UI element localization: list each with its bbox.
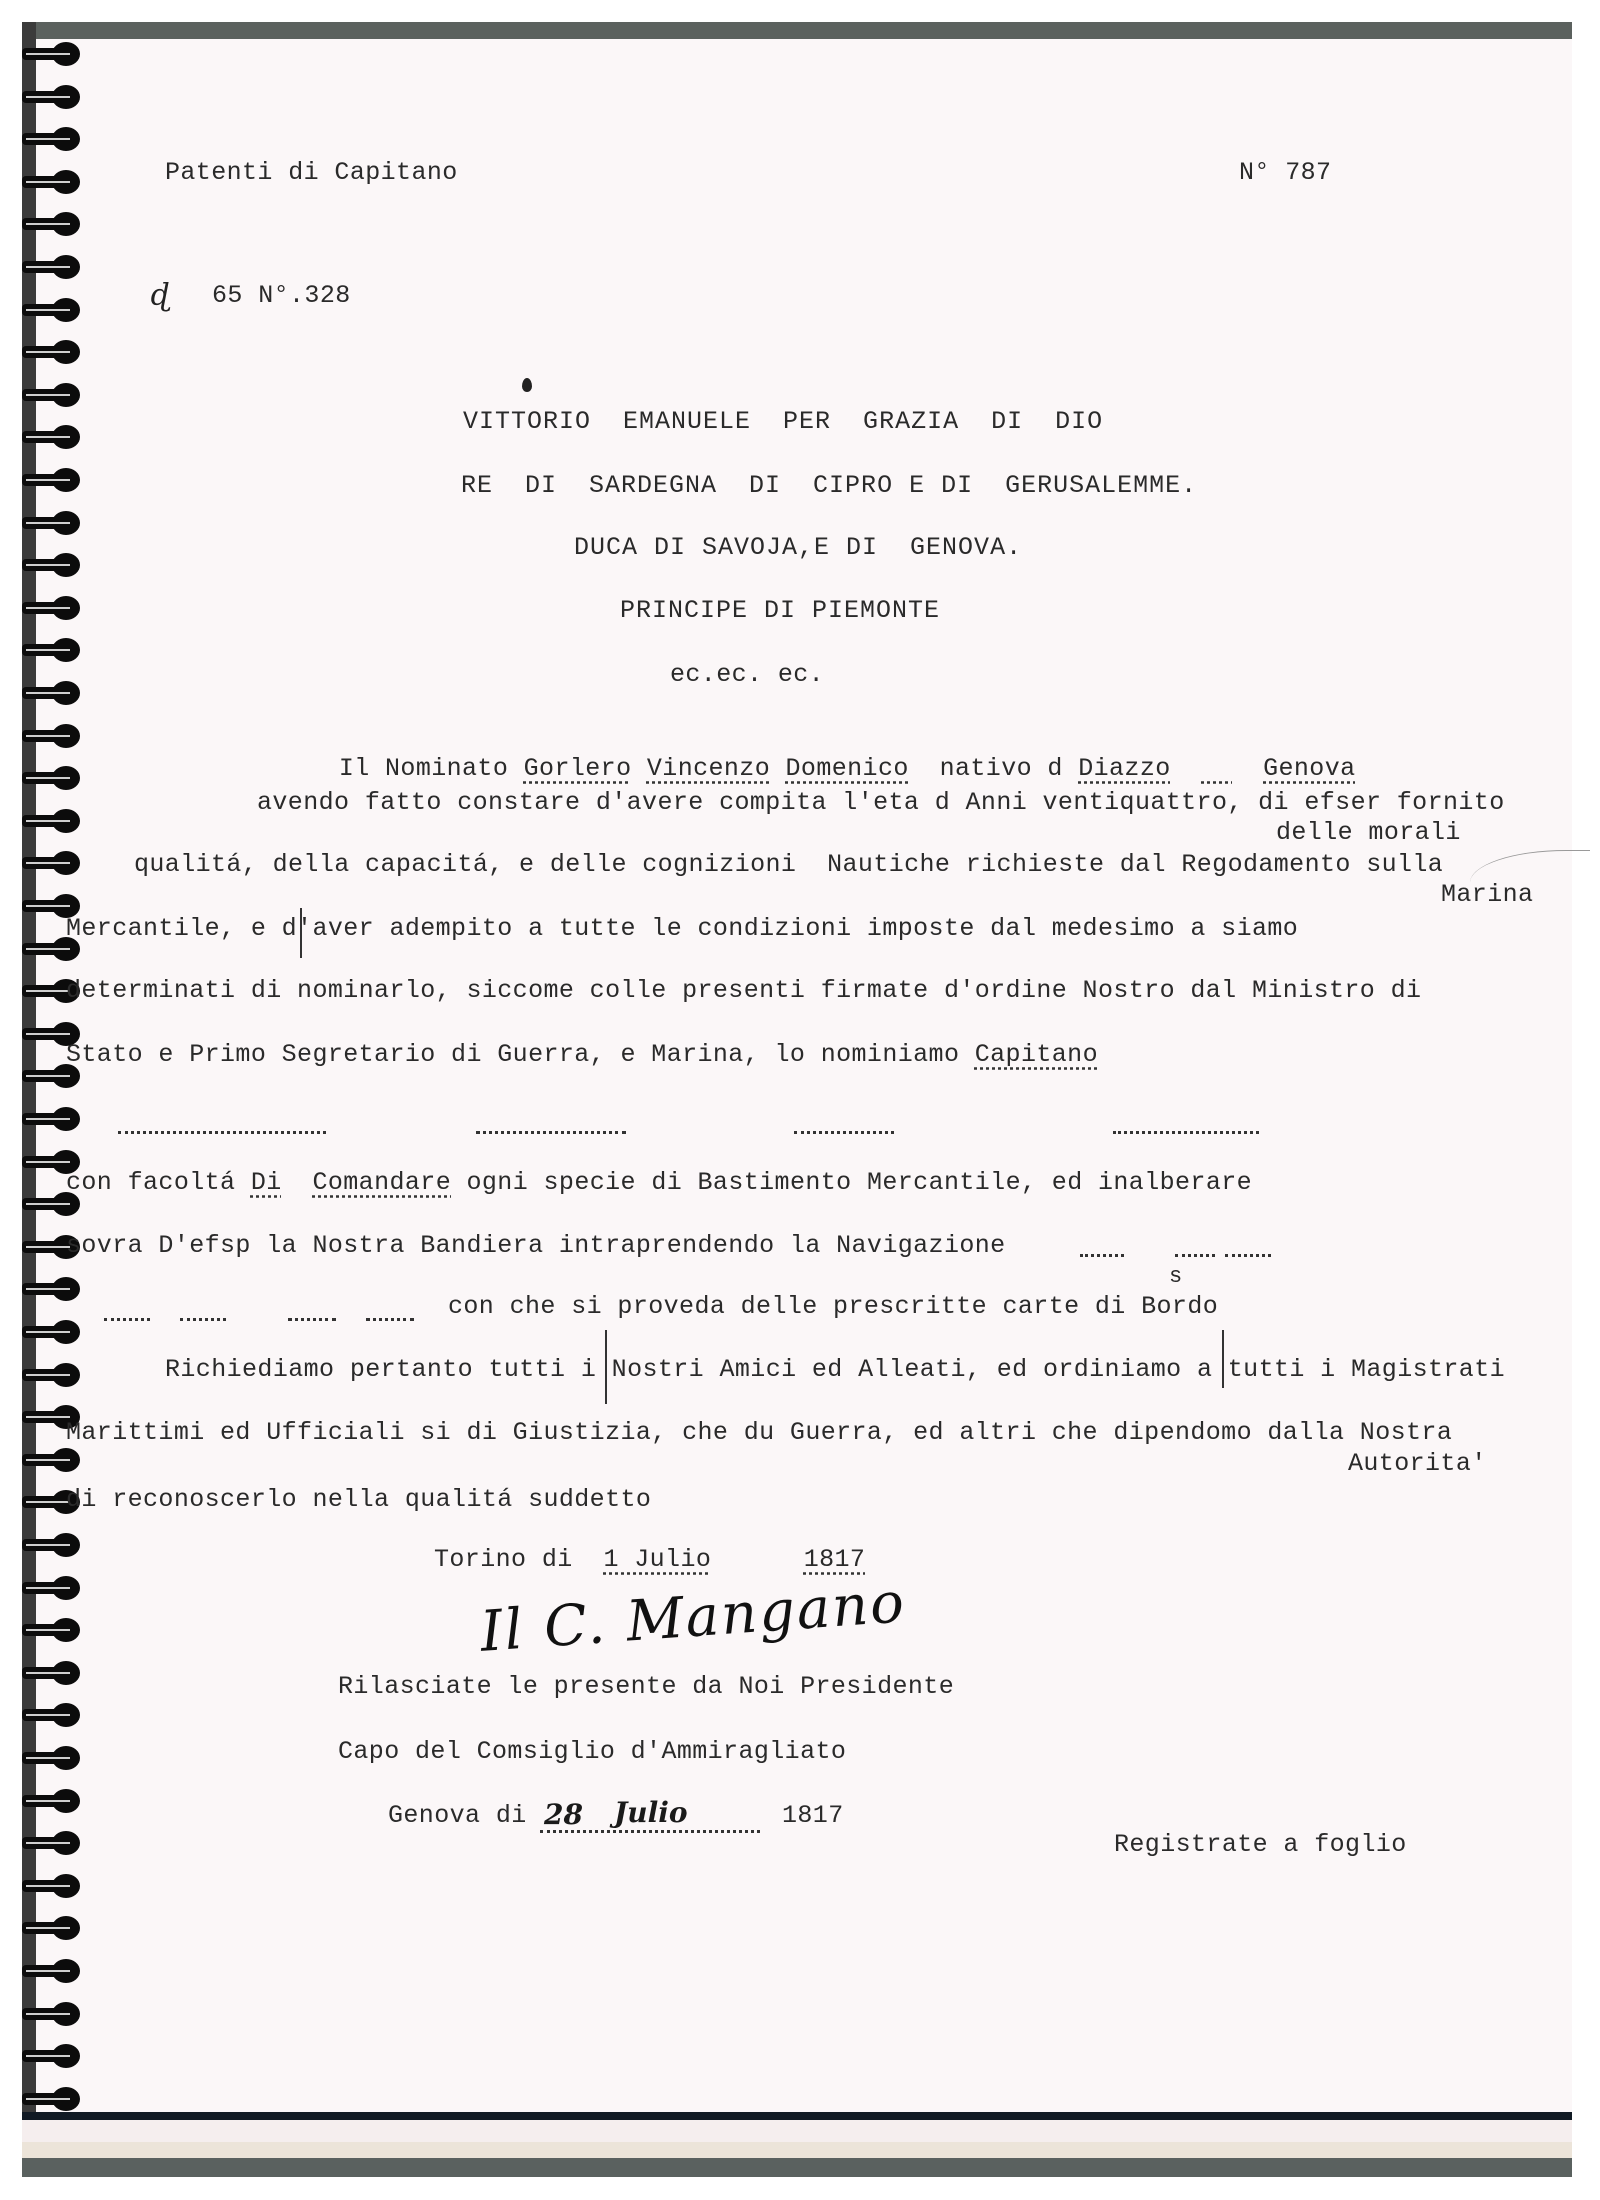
title-line: VITTORIO EMANUELE PER GRAZIA DI DIO [463, 407, 1103, 437]
registration-year: 1817 [782, 1801, 844, 1831]
body-line: avendo fatto constare d'avere compita l'… [257, 788, 1505, 818]
spiral-coil-icon [22, 1659, 76, 1685]
nominee-line: Il Nominato Gorlero Vincenzo Domenico na… [308, 724, 1356, 784]
spiral-coil-icon [22, 1318, 76, 1344]
nominee-birthplace: Diazzo [1078, 754, 1170, 783]
body-line: qualitá, della capacitá, e delle cognizi… [134, 850, 1443, 880]
registration-month: Julio [614, 1796, 688, 1829]
nominee-surname: Gorlero [524, 754, 632, 783]
blank-field [1201, 754, 1232, 783]
body-line: Stato e Primo Segretario di Guerra, e Ma… [66, 1040, 1098, 1070]
faculty-command: Comandare [312, 1168, 451, 1197]
spiral-coil-icon [22, 551, 76, 577]
spiral-coil-icon [22, 722, 76, 748]
faculty-di: Di [251, 1168, 282, 1197]
faculty-rest: ogni specie di Bastimento Mercantile, ed… [451, 1168, 1252, 1197]
page-stack [22, 2142, 1572, 2158]
request-line: Marittimi ed Ufficiali si di Giustizia, … [66, 1418, 1452, 1448]
issued-line: Capo del Comsiglio d'Ammiragliato [338, 1737, 846, 1767]
spiral-coil-icon [22, 338, 76, 364]
rank-title: Capitano [975, 1040, 1098, 1069]
request-line: di reconoscerlo nella qualitá suddetto [66, 1485, 651, 1515]
page-bottom-edge [22, 2112, 1572, 2120]
spiral-coil-icon [22, 1361, 76, 1387]
spiral-coil-icon [22, 849, 76, 875]
page-stack [22, 2120, 1572, 2143]
spiral-coil-icon [22, 253, 76, 279]
spiral-coil-icon [22, 423, 76, 449]
blank-field [180, 1318, 226, 1324]
spiral-coil-icon [22, 1446, 76, 1472]
spiral-coil-icon [22, 1787, 76, 1813]
blank-field [104, 1318, 150, 1324]
scan-background-bottom [22, 2158, 1572, 2177]
spiral-coil-icon [22, 679, 76, 705]
issue-day-month: 1 Julio [603, 1545, 711, 1574]
body-line: determinati di nominarlo, siccome colle … [66, 976, 1421, 1006]
spiral-coil-icon [22, 2000, 76, 2026]
spiral-coil-icon [22, 1105, 76, 1131]
nominee-first-name: Vincenzo [647, 754, 770, 783]
spiral-coil-icon [22, 210, 76, 236]
spiral-coil-icon [22, 381, 76, 407]
blank-field [1175, 1254, 1215, 1260]
papers-line: con che si proveda delle prescritte cart… [448, 1292, 1218, 1322]
spiral-coil-icon [22, 1701, 76, 1727]
title-line: DUCA DI SAVOJA,E DI GENOVA. [574, 533, 1022, 563]
blank-field [366, 1318, 414, 1324]
correction-letter: s [1169, 1262, 1183, 1292]
handwritten-mark-icon: ɖ [150, 278, 169, 313]
title-line: PRINCIPE DI PIEMONTE [620, 596, 940, 626]
request-insertion: Autorita' [1348, 1449, 1487, 1479]
blank-field [1225, 1254, 1271, 1260]
faculty-prefix: con facoltá [66, 1168, 251, 1197]
spiral-coil-icon [22, 764, 76, 790]
spiral-coil-icon [22, 1872, 76, 1898]
body-line-text: Stato e Primo Segretario di Guerra, e Ma… [66, 1040, 975, 1069]
body-insertion: Marina [1441, 880, 1533, 910]
nominee-second-name: Domenico [786, 754, 909, 783]
blank-field [118, 1131, 326, 1137]
spiral-coil-icon [22, 1957, 76, 1983]
document-category: Patenti di Capitano [165, 158, 458, 188]
spiral-coil-icon [22, 125, 76, 151]
spiral-coil-icon [22, 168, 76, 194]
spiral-coil-icon [22, 1616, 76, 1642]
blank-field [1080, 1254, 1124, 1260]
spiral-coil-icon [22, 807, 76, 833]
spiral-coil-icon [22, 296, 76, 322]
blank-field [476, 1131, 626, 1137]
bullet-mark-icon [522, 378, 532, 392]
spiral-coil-icon [22, 1275, 76, 1301]
spiral-coil-icon [22, 1914, 76, 1940]
spiral-binding [22, 40, 82, 2120]
spiral-coil-icon [22, 1531, 76, 1557]
blank-field [1113, 1131, 1259, 1137]
issued-line: Rilasciate le presente da Noi Presidente [338, 1672, 954, 1702]
spiral-coil-icon [22, 2042, 76, 2068]
spiral-coil-icon [22, 1744, 76, 1770]
spiral-coil-icon [22, 594, 76, 620]
issue-place-date: Torino di 1 Julio 1817 [434, 1545, 865, 1575]
issue-place: Torino di [434, 1545, 573, 1574]
issue-year: 1817 [804, 1545, 866, 1574]
title-line: RE DI SARDEGNA DI CIPRO E DI GERUSALEMME… [461, 471, 1197, 501]
scan-background-top [22, 22, 1572, 39]
blank-field [288, 1318, 336, 1324]
body-line: Mercantile, e d'aver adempito a tutte le… [66, 914, 1298, 944]
flag-line: sovra D'efsp la Nostra Bandiera intrapre… [66, 1231, 1006, 1261]
correction-stroke [300, 908, 302, 958]
spiral-coil-icon [22, 2085, 76, 2111]
registration-note: Registrate a foglio [1114, 1830, 1407, 1860]
registration-day: 28 [544, 1798, 583, 1831]
spiral-coil-icon [22, 1829, 76, 1855]
document-number: N° 787 [1239, 158, 1331, 188]
request-line: Richiediamo pertanto tutti i Nostri Amic… [165, 1355, 1505, 1385]
blank-field [540, 1830, 760, 1836]
spiral-coil-icon [22, 466, 76, 492]
native-label: nativo d [940, 754, 1063, 783]
nominee-prefix: Il Nominato [339, 754, 524, 783]
body-insertion: delle morali [1276, 818, 1461, 848]
nominee-province: Genova [1263, 754, 1355, 783]
spiral-coil-icon [22, 636, 76, 662]
spiral-coil-icon [22, 83, 76, 109]
blank-field [794, 1131, 894, 1137]
title-line: ec.ec. ec. [670, 660, 824, 690]
spiral-coil-icon [22, 509, 76, 535]
reference-number: 65 N°.328 [212, 281, 351, 311]
spiral-coil-icon [22, 1574, 76, 1600]
registration-place: Genova di [388, 1801, 527, 1831]
spiral-coil-icon [22, 40, 76, 66]
faculty-line: con facoltá Di Comandare ogni specie di … [66, 1168, 1252, 1198]
